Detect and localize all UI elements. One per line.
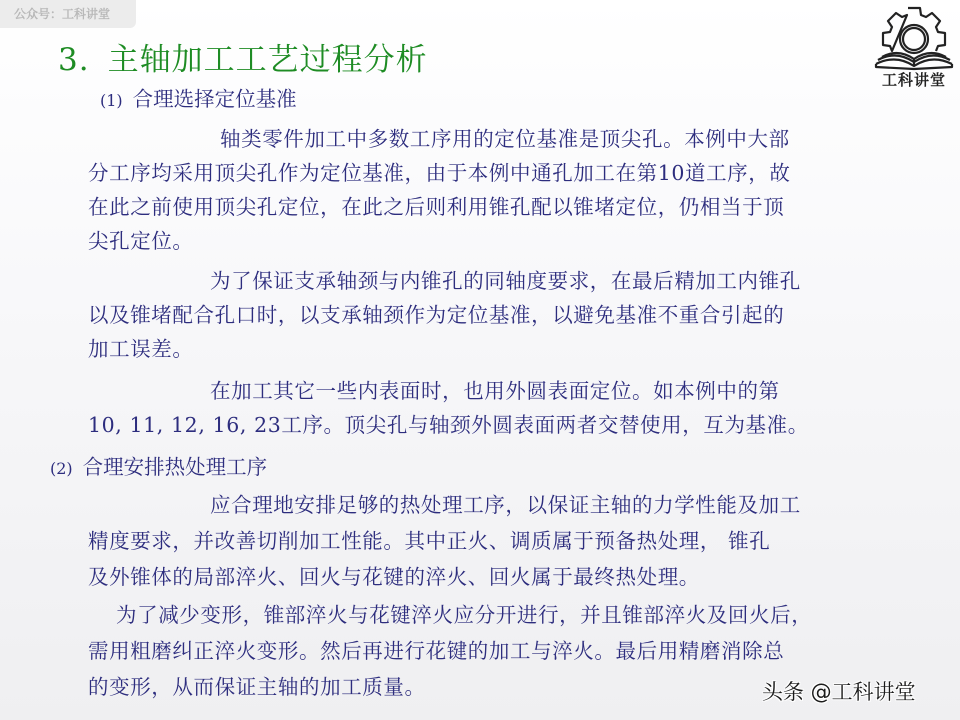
- paragraph-line: 尖孔定位。: [88, 224, 194, 254]
- paragraph-line: 以及锥堵配合孔口时，以支承轴颈作为定位基准，以避免基准不重合引起的: [88, 298, 784, 328]
- brand-logo: 工科讲堂: [872, 2, 956, 90]
- gear-book-icon: [872, 2, 956, 72]
- paragraph-line: 需用粗磨纠正淬火变形。然后再进行花键的加工与淬火。最后用精磨消除总: [88, 634, 784, 664]
- section-heading-1: (1)合理选择定位基准: [100, 82, 297, 112]
- paragraph-line: 分工序均采用顶尖孔作为定位基准，由于本例中通孔加工在第10道工序，故: [88, 156, 790, 186]
- paragraph-line: 在此之前使用顶尖孔定位，在此之后则利用锥孔配以锥堵定位，仍相当于顶: [88, 190, 784, 220]
- section-heading-2: (2)合理安排热处理工序: [50, 450, 267, 480]
- page-title: 3.主轴加工工艺过程分析: [58, 34, 428, 79]
- logo-label: 工科讲堂: [872, 69, 956, 90]
- paragraph-line: 为了保证支承轴颈与内锥孔的同轴度要求，在最后精加工内锥孔: [210, 264, 801, 294]
- paragraph-line: 10, 11, 12, 16, 23工序。顶尖孔与轴颈外圆表面两者交替使用，互为…: [88, 408, 809, 438]
- paragraph-line: 在加工其它一些内表面时，也用外圆表面定位。如本例中的第: [210, 374, 780, 404]
- paragraph-line: 轴类零件加工中多数工序用的定位基准是顶尖孔。本例中大部: [220, 122, 790, 152]
- section-heading-text: 合理安排热处理工序: [83, 455, 268, 479]
- section-heading-text: 合理选择定位基准: [133, 87, 297, 111]
- paragraph-line: 应合理地安排足够的热处理工序，以保证主轴的力学性能及加工: [210, 488, 801, 518]
- paragraph-line: 的变形，从而保证主轴的加工质量。: [88, 670, 426, 700]
- section-marker: (1): [100, 91, 123, 110]
- title-text: 主轴加工工艺过程分析: [108, 42, 428, 78]
- watermark-tag: 公众号：工科讲堂: [0, 0, 136, 28]
- title-number: 3.: [58, 42, 90, 78]
- section-marker: (2): [50, 459, 73, 478]
- paragraph-line: 精度要求，并改善切削加工性能。其中正火、调质属于预备热处理， 锥孔: [88, 524, 770, 554]
- paragraph-line: 为了减少变形，锥部淬火与花键淬火应分开进行，并且锥部淬火及回火后，: [116, 598, 812, 628]
- paragraph-line: 加工误差。: [88, 332, 194, 362]
- author-signature: 头条 @工科讲堂: [762, 676, 916, 706]
- paragraph-line: 及外锥体的局部淬火、回火与花键的淬火、回火属于最终热处理。: [88, 560, 700, 590]
